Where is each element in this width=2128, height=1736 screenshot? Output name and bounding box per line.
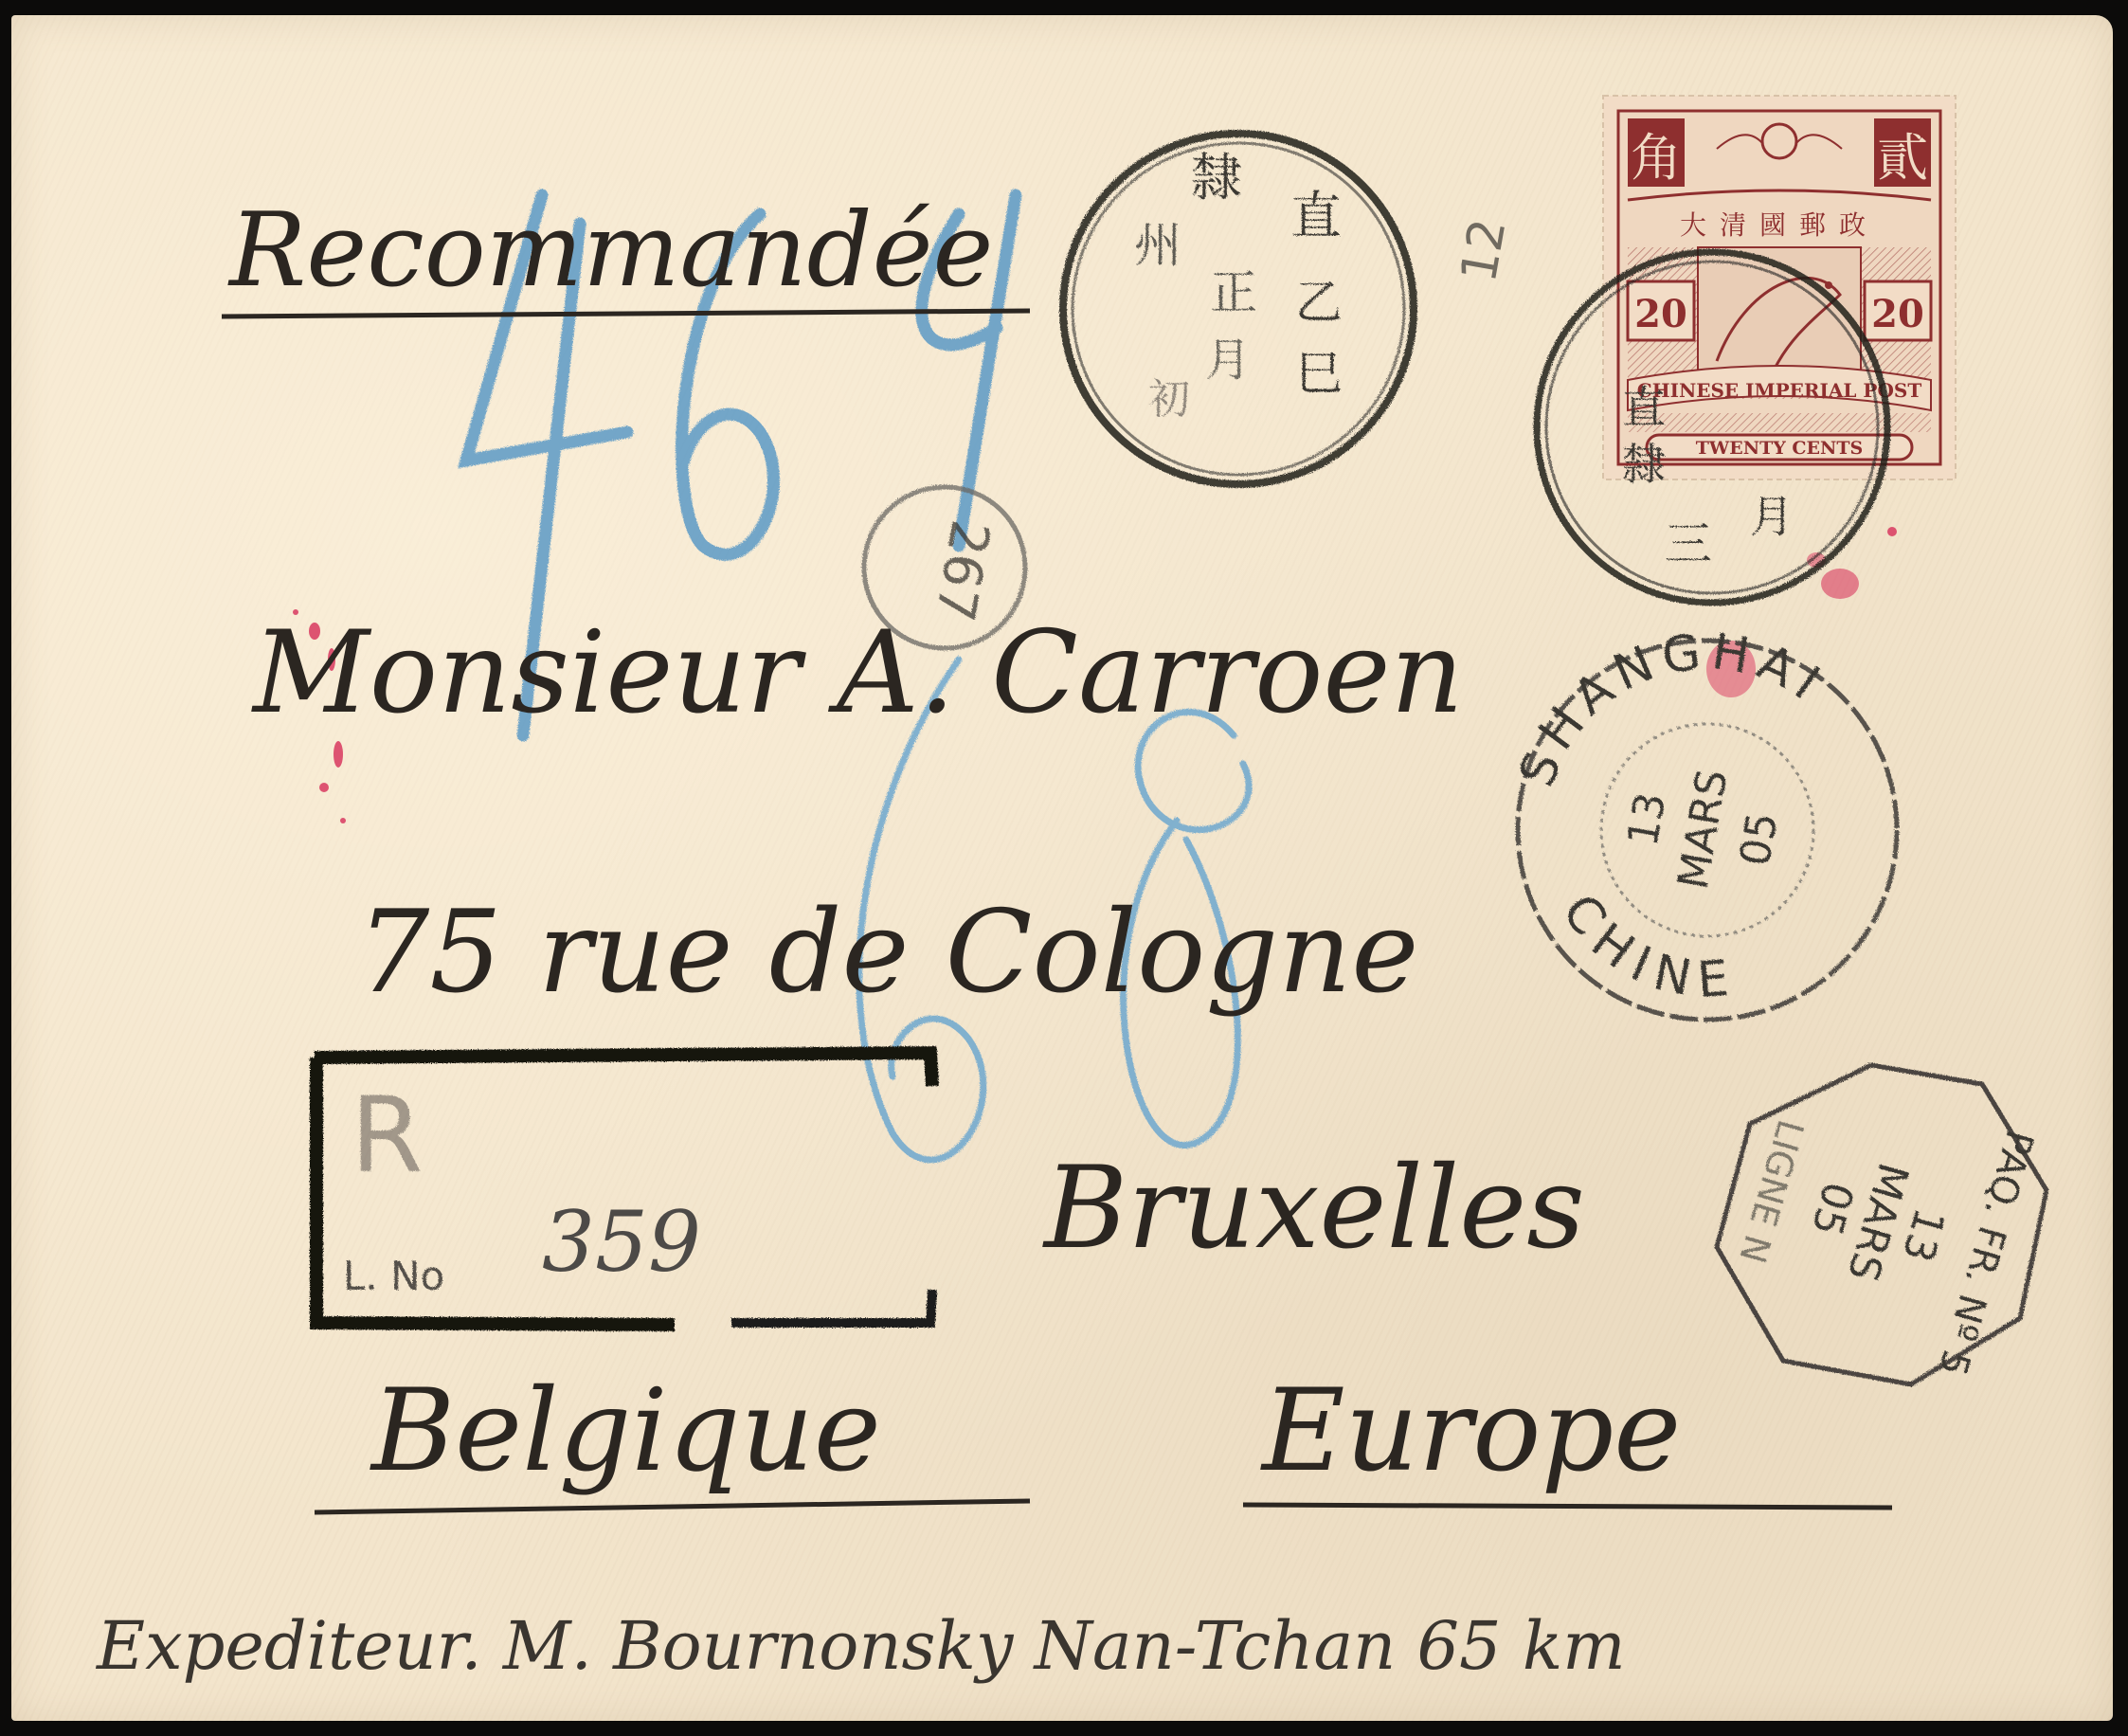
svg-text:MARS: MARS (1668, 766, 1737, 893)
svg-text:州: 州 (1134, 218, 1181, 273)
svg-text:直: 直 (1622, 382, 1666, 433)
envelope: 角 貳 大清國郵政 20 20 CHINESE IMPERIAL POST TW… (11, 15, 2113, 1721)
svg-text:月: 月 (1205, 334, 1251, 387)
svg-text:CHINE: CHINE (1551, 884, 1742, 1009)
cover-artwork: 角 貳 大清國郵政 20 20 CHINESE IMPERIAL POST TW… (11, 15, 2113, 1721)
shanghai-postmark: SHANGHAI CHINE 13 MARS 05 (1508, 624, 1897, 1020)
registered-underline (222, 311, 1030, 316)
stamp-char-left: 角 (1631, 128, 1682, 188)
stamp-value-right: 20 (1871, 292, 1924, 336)
svg-text:SHANGHAI: SHANGHAI (1508, 624, 1835, 794)
stamp-char-right: 貳 (1877, 128, 1928, 188)
svg-text:R: R (351, 1075, 423, 1196)
svg-text:乙: 乙 (1295, 275, 1343, 330)
stamp-denomination: TWENTY CENTS (1696, 438, 1863, 459)
svg-text:正: 正 (1210, 265, 1257, 320)
country-underline (315, 1501, 1030, 1512)
pencil-note: 12 (1451, 215, 1518, 287)
address-continent: Europe (1260, 1365, 1681, 1497)
stamp-value-left: 20 (1634, 292, 1687, 336)
svg-text:L. No: L. No (343, 1253, 444, 1299)
registered-label: Recommandée (227, 191, 993, 310)
address-line-2: 75 rue de Cologne (357, 887, 1418, 1019)
svg-text:05: 05 (1731, 809, 1788, 870)
svg-text:三: 三 (1665, 516, 1712, 571)
svg-text:初: 初 (1148, 375, 1190, 424)
svg-text:巳: 巳 (1295, 346, 1343, 401)
svg-text:隸: 隸 (1191, 148, 1242, 208)
chinese-postmark-top: 直 隸 乙 巳 州 正 月 初 (1063, 134, 1414, 484)
svg-text:直: 直 (1290, 186, 1342, 245)
svg-text:PAQ. FR. Nº 5: PAQ. FR. Nº 5 (1930, 1126, 2042, 1381)
registration-number: 359 (542, 1193, 701, 1291)
svg-text:LIGNE N: LIGNE N (1731, 1115, 1812, 1268)
address-city: Bruxelles (1042, 1143, 1585, 1275)
svg-text:月: 月 (1750, 491, 1794, 542)
svg-text:13: 13 (1619, 789, 1676, 850)
paquebot-postmark: PAQ. FR. Nº 5 13 MARS 05 LIGNE N (1717, 1064, 2047, 1384)
address-country: Belgique (370, 1365, 881, 1497)
continent-underline (1243, 1505, 1892, 1508)
address-line-1: Monsieur A. Carroen (251, 607, 1464, 739)
stamp-inscription-cn: 大清國郵政 (1680, 209, 1879, 241)
sender-line: Expediteur. M. Bournonsky Nan-Tchan 65 k… (95, 1607, 1626, 1685)
svg-text:隸: 隸 (1622, 439, 1666, 490)
